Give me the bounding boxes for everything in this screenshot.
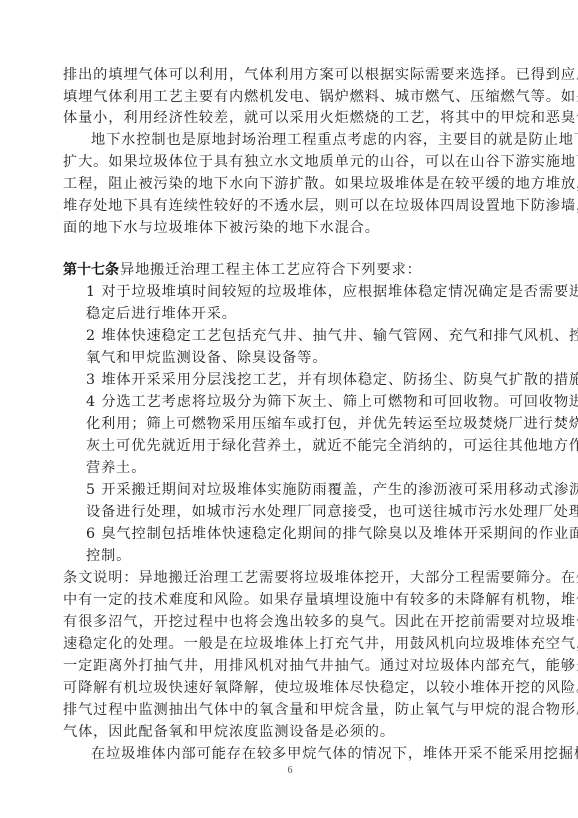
document-page: 排出的填埋气体可以利用，气体利用方案可以根据实际需要来选择。已得到应用的可行 填… [0, 0, 578, 818]
explanation-line: 有很多沼气，开挖过程中也将会逸出较多的臭气。因此在开挖前需要对垃圾堆体实施快 [63, 611, 511, 633]
explanation-line: 条文说明：异地搬迁治理工艺需要将垃圾堆体挖开，大部分工程需要筛分。在处理过程 [63, 567, 511, 589]
article-item-1: 1 对于垃圾堆填时间较短的垃圾堆体，应根据堆体稳定情况确定是否需要进行快速 [86, 281, 511, 303]
explanation-line: 中有一定的技术难度和风险。如果存量填埋设施中有较多的未降解有机物，堆体内将会 [63, 589, 511, 611]
paragraph-line: 工程，阻止被污染的地下水向下游扩散。如果垃圾堆体是在较平缓的地方堆放，而垃圾 [63, 173, 511, 195]
article-item-1-cont: 稳定后进行堆体开采。 [86, 303, 511, 325]
article-intro: 异地搬迁治理工程主体工艺应符合下列要求： [120, 259, 422, 281]
article-item-6-cont: 控制。 [86, 545, 511, 567]
paragraph-line: 地下水控制也是原地封场治理工程重点考虑的内容，主要目的就是防止地下水污染 [91, 129, 511, 151]
paragraph-line: 扩大。如果垃圾体位于具有独立水文地质单元的山谷，可以在山谷下游实施地下防渗墙 [63, 151, 511, 173]
explanation-continuation: 在垃圾堆体内部可能存在较多甲烷气体的情况下，堆体开采不能采用挖掘机深挖， [91, 743, 511, 765]
article-item-6: 6 臭气控制包括堆体快速稳定化期间的排气除臭以及堆体开采期间的作业面臭气 [86, 523, 511, 545]
article-item-4-cont: 营养土。 [86, 457, 511, 479]
paragraph-line: 面的地下水与垃圾堆体下被污染的地下水混合。 [63, 217, 511, 239]
article-item-4: 4 分选工艺考虑将垃圾分为筛下灰土、筛上可燃物和可回收物。可回收物进行资源 [86, 391, 511, 413]
explanation-line: 一定距离外打抽气井，用排风机对抽气井抽气。通过对垃圾体内部充气，能够是其中的 [63, 655, 511, 677]
paragraph-line: 堆存处地下具有连续性较好的不透水层，则可以在垃圾体四周设置地下防渗墙，阻止外 [63, 195, 511, 217]
explanation-line: 可降解有机垃圾快速好氧降解，使垃圾堆体尽快稳定，以较小堆体开挖的风险。在充、 [63, 677, 511, 699]
explanation-line: 气体，因此配备氧和甲烷浓度监测设备是必须的。 [63, 721, 511, 743]
article-heading: 第十七条 [63, 259, 119, 281]
article-item-2: 2 堆体快速稳定工艺包括充气井、抽气井、输气管网、充气和排气风机、控制系统、 [86, 325, 511, 347]
article-item-3: 3 堆体开采采用分层浅挖工艺，并有坝体稳定、防扬尘、防臭气扩散的措施。 [86, 369, 511, 391]
article-item-5: 5 开采搬迁期间对垃圾堆体实施防雨覆盖，产生的渗沥液可采用移动式渗沥液处理 [86, 479, 511, 501]
explanation-line: 速稳定化的处理。一般是在垃圾堆体上打充气井，用鼓风机向垃圾堆体充空气，同时在 [63, 633, 511, 655]
article-item-5-cont: 设备进行处理，如城市污水处理厂同意接受，也可送往城市污水处理厂处理。 [86, 501, 511, 523]
explanation-line: 排气过程中监测抽出气体中的氧含量和甲烷含量，防止氧气与甲烷的混合物形成爆炸性 [63, 699, 511, 721]
article-item-4-cont: 化利用；筛上可燃物采用压缩车或打包，并优先转运至垃圾焚烧厂进行焚烧处理； [86, 413, 511, 435]
page-number: 6 [284, 765, 296, 776]
paragraph-line: 排出的填埋气体可以利用，气体利用方案可以根据实际需要来选择。已得到应用的可行 [63, 64, 511, 86]
article-item-4-cont: 灰土可优先就近用于绿化营养土，就近不能完全消纳的，可运往其他地方作为绿化 [86, 435, 511, 457]
paragraph-line: 填埋气体利用工艺主要有内燃机发电、锅炉燃料、城市燃气、压缩燃气等。如果填埋气 [63, 86, 511, 108]
article-item-2-cont: 氧气和甲烷监测设备、除臭设备等。 [86, 347, 511, 369]
paragraph-line: 体量小，利用经济性较差，就可以采用火炬燃烧的工艺，将其中的甲烷和恶臭气体烧掉。 [63, 107, 511, 129]
